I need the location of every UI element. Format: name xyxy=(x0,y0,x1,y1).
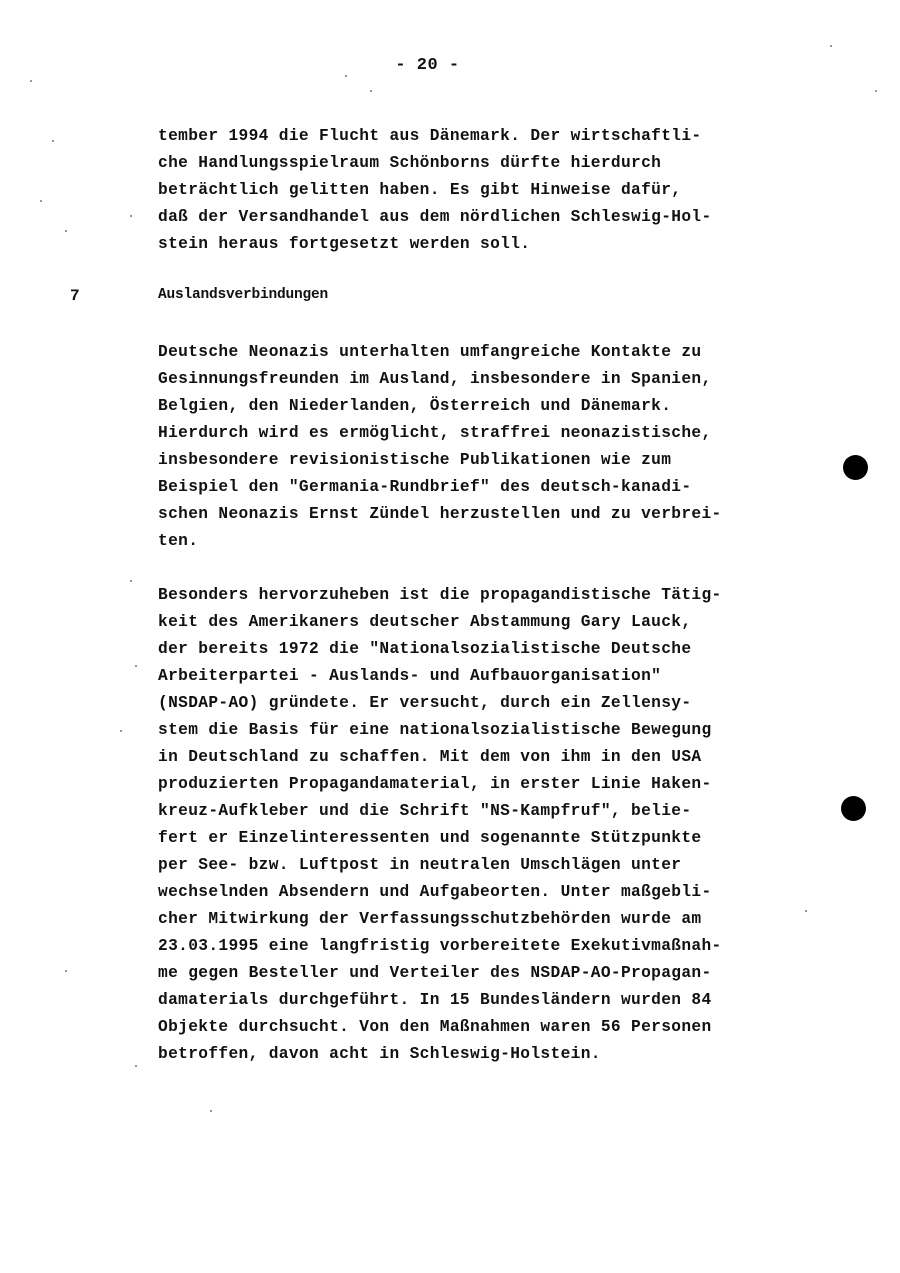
text-line: insbesondere revisionistische Publikatio… xyxy=(158,450,671,470)
text-line: cher Mitwirkung der Verfassungsschutzbeh… xyxy=(158,909,701,929)
text-line: beträchtlich gelitten haben. Es gibt Hin… xyxy=(158,180,681,200)
text-line: Objekte durchsucht. Von den Maßnahmen wa… xyxy=(158,1017,712,1037)
text-line: Besonders hervorzuheben ist die propagan… xyxy=(158,585,722,605)
text-line: produzierten Propagandamaterial, in erst… xyxy=(158,774,712,794)
section-number: 7 xyxy=(70,287,80,305)
text-line: daß der Versandhandel aus dem nördlichen… xyxy=(158,207,712,227)
text-line: 23.03.1995 eine langfristig vorbereitete… xyxy=(158,936,722,956)
text-line: che Handlungsspielraum Schönborns dürfte… xyxy=(158,153,661,173)
section-title: Auslandsverbindungen xyxy=(158,287,328,303)
text-line: kreuz-Aufkleber und die Schrift "NS-Kamp… xyxy=(158,801,691,821)
text-line: Belgien, den Niederlanden, Österreich un… xyxy=(158,396,671,416)
text-line: Deutsche Neonazis unterhalten umfangreic… xyxy=(158,342,701,362)
text-line: keit des Amerikaners deutscher Abstammun… xyxy=(158,612,691,632)
text-line: per See- bzw. Luftpost in neutralen Umsc… xyxy=(158,855,681,875)
text-line: damaterials durchgeführt. In 15 Bundeslä… xyxy=(158,990,712,1010)
text-line: ten. xyxy=(158,531,198,551)
text-line: me gegen Besteller und Verteiler des NSD… xyxy=(158,963,712,983)
text-line: stein heraus fortgesetzt werden soll. xyxy=(158,234,530,254)
text-line: (NSDAP-AO) gründete. Er versucht, durch … xyxy=(158,693,691,713)
text-line: der bereits 1972 die "Nationalsozialisti… xyxy=(158,639,691,659)
punch-hole-mark xyxy=(843,455,868,480)
text-line: Arbeiterpartei - Auslands- und Aufbauorg… xyxy=(158,666,661,686)
text-line: in Deutschland zu schaffen. Mit dem von … xyxy=(158,747,701,767)
text-line: Hierdurch wird es ermöglicht, straffrei … xyxy=(158,423,712,443)
text-line: tember 1994 die Flucht aus Dänemark. Der… xyxy=(158,126,701,146)
text-line: fert er Einzelinteressenten und sogenann… xyxy=(158,828,701,848)
text-line: stem die Basis für eine nationalsozialis… xyxy=(158,720,712,740)
text-line: schen Neonazis Ernst Zündel herzustellen… xyxy=(158,504,722,524)
text-line: wechselnden Absendern und Aufgabeorten. … xyxy=(158,882,712,902)
text-line: betroffen, davon acht in Schleswig-Holst… xyxy=(158,1044,601,1064)
page-number: - 20 - xyxy=(0,56,855,75)
punch-hole-mark xyxy=(841,796,866,821)
text-line: Beispiel den "Germania-Rundbrief" des de… xyxy=(158,477,691,497)
text-line: Gesinnungsfreunden im Ausland, insbesond… xyxy=(158,369,712,389)
